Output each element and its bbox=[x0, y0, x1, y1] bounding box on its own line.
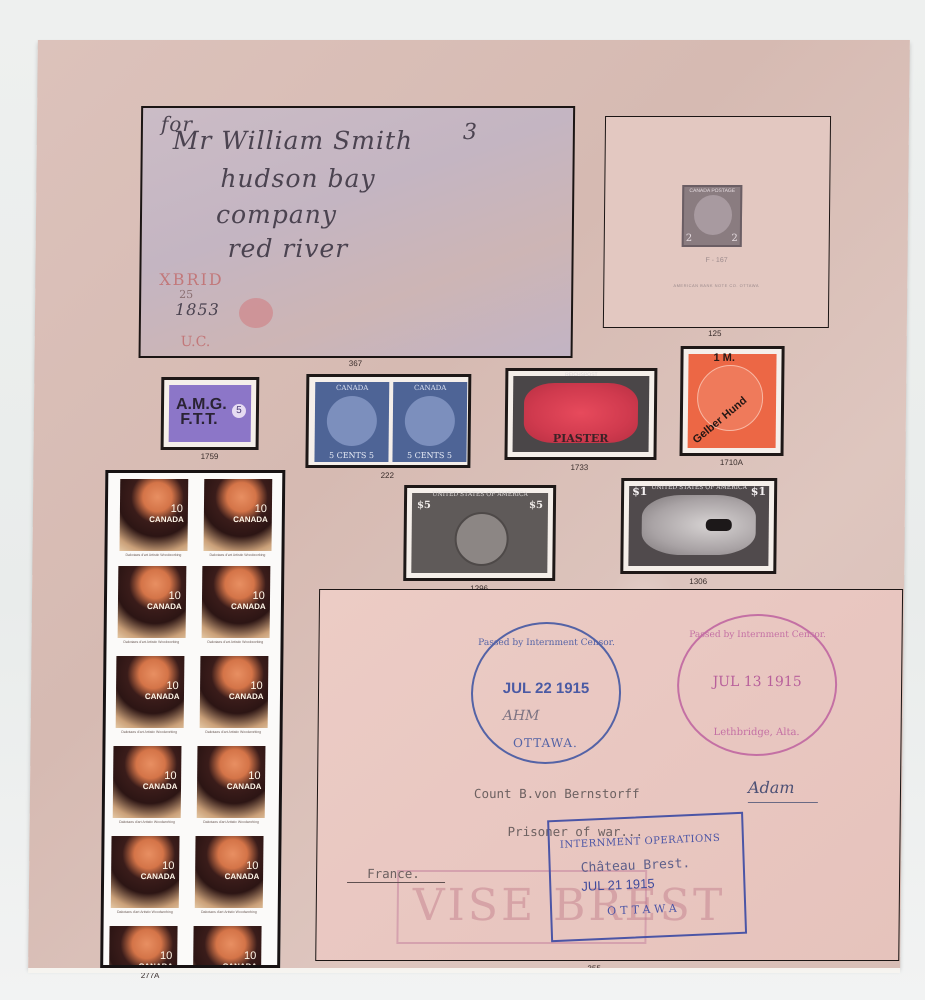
strip-stamp: 10CANADA bbox=[197, 746, 266, 818]
strip-stamp: 10CANADA bbox=[115, 656, 184, 728]
cattle-scene bbox=[641, 495, 756, 555]
lot-number: 367 bbox=[315, 359, 395, 368]
stamp-caption: Dakotaes d'art Artistic Woodworking bbox=[117, 640, 185, 644]
stamp-caption: Dakotaes d'art Artistic Woodworking bbox=[195, 910, 263, 914]
proof-number: F - 167 bbox=[605, 257, 829, 264]
strip-stamp: 10CANADA bbox=[199, 656, 268, 728]
stamp-lot-1296: UNITED STATES OF AMERICA $5 $5 bbox=[403, 485, 556, 581]
lot-number: 125 bbox=[675, 329, 755, 338]
internment-operations-stamp: INTERNMENT OPERATIONS Château Brest. JUL… bbox=[547, 812, 747, 942]
stamp-value: 2 bbox=[731, 233, 737, 244]
stamp-caption: Dakotaes d'art Artistic Woodworking bbox=[197, 820, 265, 824]
address-line: red river bbox=[228, 234, 349, 263]
eagle-seal bbox=[697, 365, 764, 431]
postmark-town: XBRID bbox=[159, 270, 224, 289]
stamp-value: $1 bbox=[632, 485, 647, 498]
proof-stamp: CANADA POSTAGE 2 2 bbox=[682, 185, 743, 247]
cover-lot-355: Passed by Internment Censor. JUL 22 1915… bbox=[315, 589, 903, 961]
signature-underline bbox=[748, 802, 818, 803]
portrait bbox=[694, 195, 732, 235]
stamp-lot-1759: A.M.G. F.T.T. 5 bbox=[161, 377, 260, 450]
strip-stamp: 10CANADA bbox=[195, 836, 264, 908]
strip-stamp: 10CANADA bbox=[109, 926, 178, 968]
rate-marking: 3 bbox=[463, 120, 478, 145]
stamp-value: $1 bbox=[751, 485, 766, 498]
stamp-caption: Dakotaes d'art Artistic Woodworking bbox=[201, 640, 269, 644]
stamp-value: 5 bbox=[232, 404, 246, 418]
stamp-header: CANADA POSTAGE bbox=[684, 188, 740, 194]
overprint: PIASTER bbox=[508, 432, 654, 445]
stamp-value: 2 bbox=[686, 233, 692, 244]
addressee: Count B.von Bernstorff bbox=[474, 786, 640, 801]
stamp-caption: Dakotaes d'art Artistic Woodworking bbox=[115, 730, 183, 734]
proof-lot-125: CANADA POSTAGE 2 2 F - 167 AMERICAN BANK… bbox=[603, 116, 831, 328]
stamp-caption: Dakotaes d'art Artistic Woodworking bbox=[111, 910, 179, 914]
destination-underline bbox=[347, 882, 445, 883]
lethbridge-censor-cancel: Passed by Internment Censor. JUL 13 1915… bbox=[676, 614, 837, 756]
lot-number: 277A bbox=[110, 971, 190, 980]
lot-number: 1306 bbox=[658, 577, 738, 586]
strip-stamp: 10CANADA bbox=[204, 479, 273, 551]
lot-number: 1710A bbox=[691, 458, 771, 467]
strip-stamp: 10CANADA bbox=[120, 479, 189, 551]
stamp-lot-1710A: 1 M. Gelber Hund bbox=[680, 346, 785, 456]
postmark-region: U.C. bbox=[181, 334, 211, 350]
stamp-caption: Dakotaes d'art Artistic Woodworking bbox=[199, 730, 267, 734]
stamp-lot-1733: REICHSPOST PIASTER bbox=[504, 368, 657, 460]
bull-figure bbox=[706, 519, 732, 531]
proof-note: AMERICAN BANK NOTE CO. OTTAWA bbox=[604, 283, 828, 288]
surcharge: 1 M. bbox=[713, 352, 735, 364]
strip-stamp: 10CANADA bbox=[113, 746, 182, 818]
stamp-left: CANADA 5 CENTS 5 bbox=[314, 382, 389, 462]
stamp-caption: Dakotaes d'art Artistic Woodworking bbox=[113, 820, 181, 824]
address-line: hudson bay bbox=[220, 164, 375, 193]
stamp-caption: Dakotaes d'art Artistic Woodworking bbox=[203, 553, 271, 557]
destination: France. bbox=[367, 866, 420, 881]
stamp-value: $5 bbox=[417, 500, 431, 511]
manuscript-year: 1853 bbox=[175, 300, 220, 319]
stamp-strip-lot-277A: 10CANADADakotaes d'art Artistic Woodwork… bbox=[100, 470, 285, 968]
stamp-caption: Dakotaes d'art Artistic Woodworking bbox=[119, 553, 187, 557]
catalog-cover: for Mr William Smith 3 hudson bay compan… bbox=[28, 40, 910, 968]
address-line: company bbox=[216, 200, 337, 229]
lot-number: 222 bbox=[347, 471, 427, 480]
strip-stamp: 10CANADA bbox=[117, 566, 186, 638]
stamp-header: REICHSPOST bbox=[508, 372, 654, 378]
cover-lot-367: for Mr William Smith 3 hudson bay compan… bbox=[139, 106, 576, 358]
ottawa-censor-cancel: Passed by Internment Censor. JUL 22 1915… bbox=[470, 622, 621, 764]
lot-number: 355 bbox=[554, 964, 634, 973]
strip-stamp: 10CANADA bbox=[193, 926, 262, 968]
lot-number: 1733 bbox=[539, 463, 619, 472]
signature: Adam bbox=[748, 778, 795, 797]
portrait-medallion bbox=[454, 512, 509, 566]
address-line: Mr William Smith bbox=[173, 126, 414, 155]
stamp-lot-1306: UNITED STATES OF AMERICA $1 $1 bbox=[620, 478, 777, 574]
stamp-pair-lot-222: CANADA 5 CENTS 5 CANADA 5 CENTS 5 bbox=[305, 374, 471, 468]
lot-number: 1759 bbox=[169, 452, 249, 461]
strip-stamp: 10CANADA bbox=[111, 836, 180, 908]
red-cancel bbox=[239, 298, 273, 328]
overprint: A.M.G. F.T.T. bbox=[176, 397, 227, 427]
strip-stamp: 10CANADA bbox=[201, 566, 270, 638]
stamp-right: CANADA 5 CENTS 5 bbox=[392, 382, 467, 462]
stamp-header: UNITED STATES OF AMERICA bbox=[407, 491, 553, 498]
stamp-value: $5 bbox=[529, 500, 543, 511]
